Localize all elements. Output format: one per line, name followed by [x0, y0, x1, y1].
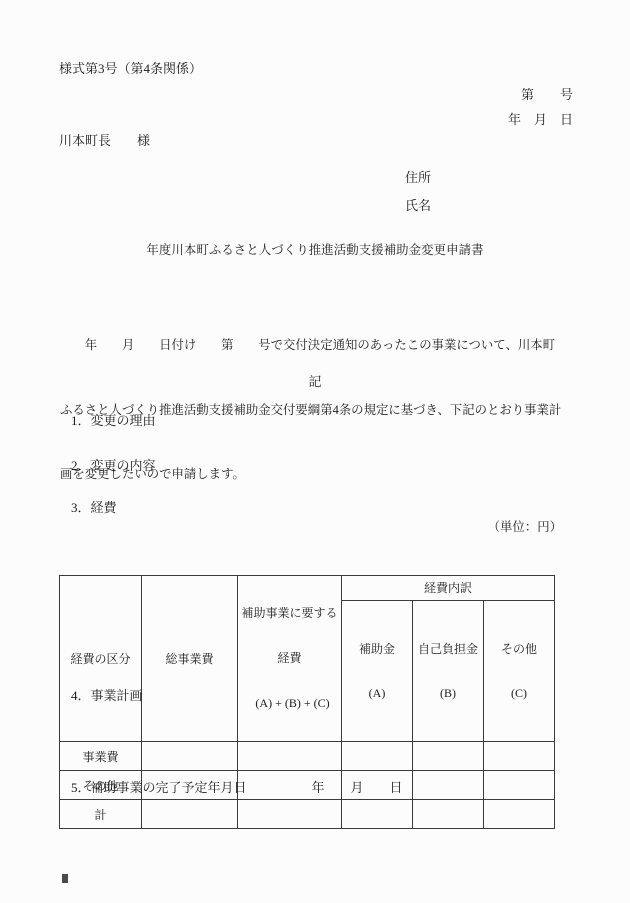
table-cell — [413, 771, 484, 800]
table-cell — [413, 742, 484, 771]
document-date-blank: 年 月 日 — [508, 112, 573, 127]
header-line: 補助事業に要する — [241, 606, 338, 621]
table-cell — [342, 800, 413, 829]
table-cell — [484, 771, 555, 800]
table-cell — [238, 742, 342, 771]
col-header-subsidy: 補助金 (A) — [342, 600, 413, 741]
record-marker: 記 — [0, 374, 630, 389]
table-cell — [142, 800, 238, 829]
table-cell — [342, 742, 413, 771]
col-header-subsidized-project-cost: 補助事業に要する 経費 (A) + (B) + (C) — [238, 576, 342, 742]
address-label: 住所 — [405, 170, 431, 185]
table-cell — [142, 742, 238, 771]
addressee-line: 川本町長 様 — [59, 133, 150, 148]
row-label: 事業費 — [60, 742, 142, 771]
col-header-expense-category: 経費の区分 — [60, 576, 142, 742]
document-title: 年度川本町ふるさと人づくり推進活動支援補助金変更申請書 — [0, 240, 630, 258]
col-header-expense-breakdown: 経費内訳 — [342, 576, 555, 601]
table-cell — [413, 800, 484, 829]
document-number-blank: 第 号 — [521, 87, 573, 102]
section-content-of-change: 2．変更の内容 — [71, 458, 156, 473]
header-line: その他 — [487, 642, 551, 656]
scan-artifact-mark — [62, 874, 68, 883]
header-code: (A) — [345, 686, 409, 700]
section-project-plan: 4．事業計画 — [71, 688, 143, 703]
header-line: 自己負担金 — [416, 642, 480, 656]
unit-note: （単位：円） — [488, 517, 562, 535]
header-code: (C) — [487, 686, 551, 700]
cost-formula: (A) + (B) + (C) — [241, 696, 338, 711]
col-header-total-project-cost: 総事業費 — [142, 576, 238, 742]
header-line: 経費 — [241, 651, 338, 666]
body-paragraph: 年 月 日付け 第 号で交付決定通知のあったこの事業について、川本町 ふるさと人… — [60, 295, 570, 525]
body-paragraph-line: 年 月 日付け 第 号で交付決定通知のあったこの事業について、川本町 — [60, 331, 570, 360]
table-row-total: 計 — [60, 800, 555, 829]
form-number-label: 様式第3号（第4条関係） — [59, 61, 202, 76]
header-line: 補助金 — [345, 642, 409, 656]
section-reason-of-change: 1．変更の理由 — [71, 413, 156, 428]
row-label: 計 — [60, 800, 142, 829]
table-cell — [484, 800, 555, 829]
header-code: (B) — [416, 686, 480, 700]
name-label: 氏名 — [405, 198, 431, 213]
section-expected-completion-date: 5．補助事業の完了予定年月日 年 月 日 — [71, 780, 403, 795]
table-cell — [238, 800, 342, 829]
document-page: 様式第3号（第4条関係） 第 号 年 月 日 川本町長 様 住所 氏名 年度川本… — [0, 0, 630, 903]
table-cell — [484, 742, 555, 771]
col-header-other: その他 (C) — [484, 600, 555, 741]
col-header-self-payment: 自己負担金 (B) — [413, 600, 484, 741]
section-expenses: 3．経費 — [71, 500, 117, 515]
table-row-project-expenses: 事業費 — [60, 742, 555, 771]
